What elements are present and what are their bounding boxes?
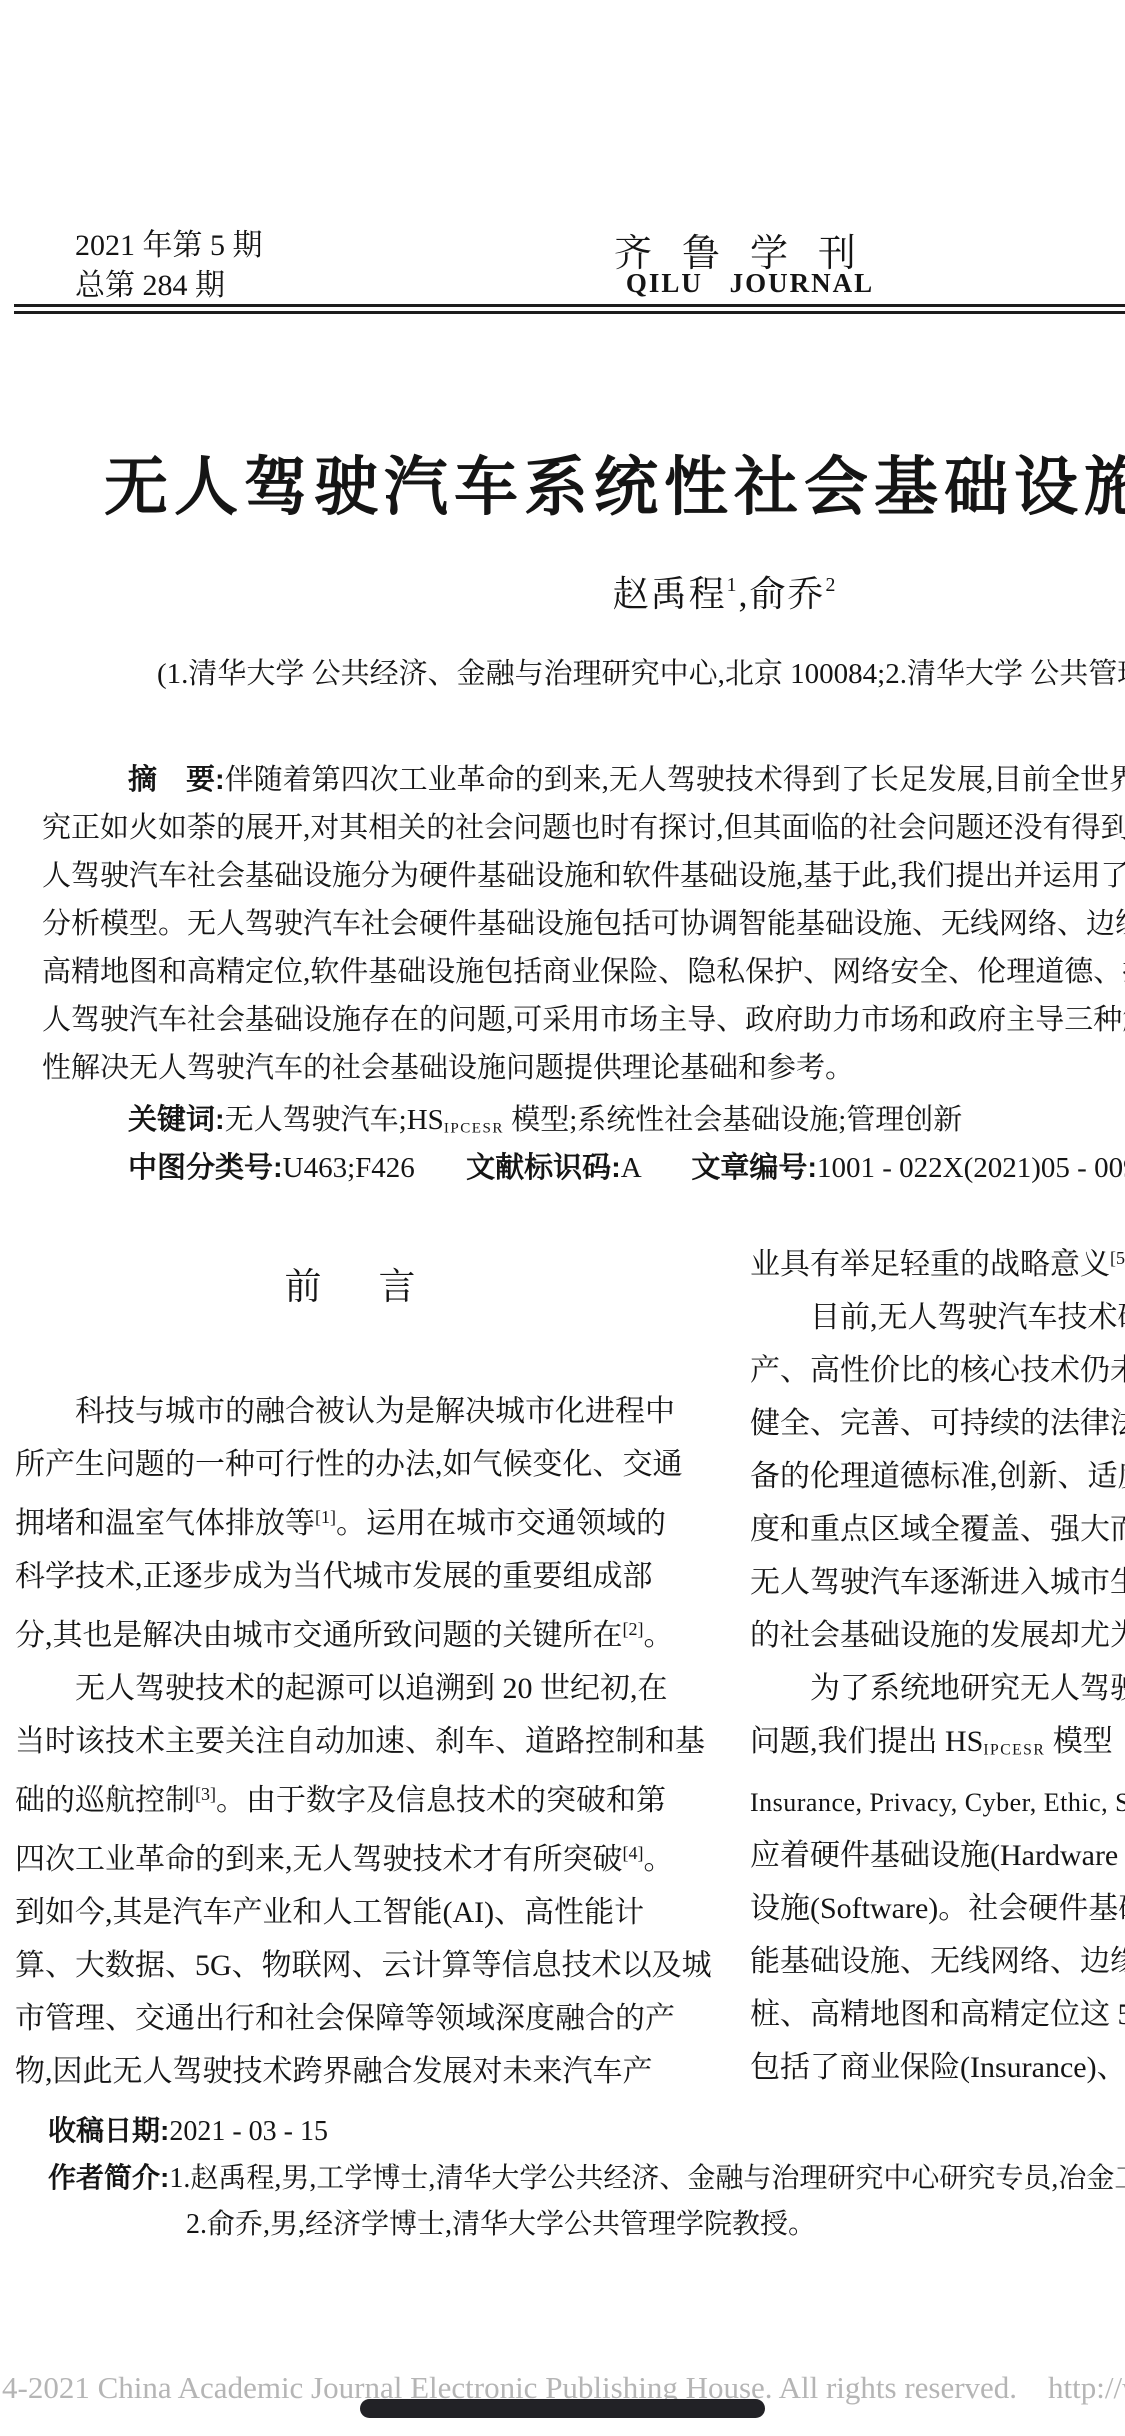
body-line: 无人驾驶汽车逐渐进入城市生 <box>750 1556 1125 1609</box>
body-line-model: 问题,我们提出 HSIPCESR 模型 <box>750 1715 1125 1776</box>
author-bio-line-1: 作者简介:1.赵禹程,男,工学博士,清华大学公共经济、金融与治理研究中心研究专员… <box>48 2155 1125 2202</box>
body-line: 备的伦理道德标准,创新、适度 <box>750 1450 1125 1503</box>
article-id-label: 文章编号: <box>691 1152 817 1184</box>
authors: 赵禹程1,俞乔2 <box>613 566 838 617</box>
abstract-line: 性解决无人驾驶汽车的社会基础设施问题提供理论基础和参考。 <box>42 1044 1125 1092</box>
body-line: 科技与城市的融合被认为是解决城市化进程中 <box>15 1385 712 1438</box>
abstract-line: 摘 要:伴随着第四次工业革命的到来,无人驾驶技术得到了长足发展,目前全世界对无人 <box>42 756 1125 804</box>
model-subscript: IPCESR <box>444 1120 504 1136</box>
body-line: 应着硬件基础设施(Hardware <box>750 1829 1125 1882</box>
body-line: 健全、完善、可持续的法律法规 <box>750 1397 1125 1450</box>
home-indicator[interactable] <box>360 2399 765 2418</box>
author-2: 俞乔 <box>750 574 826 614</box>
received-label: 收稿日期: <box>48 2115 169 2146</box>
body-line: 所产生问题的一种可行性的办法,如气候变化、交通 <box>15 1438 712 1491</box>
affiliation: (1.清华大学 公共经济、金融与治理研究中心,北京 100084;2.清华大学 … <box>157 651 1125 692</box>
author-2-affil-mark: 2 <box>826 574 838 596</box>
body-line: 产、高性价比的核心技术仍未成 <box>750 1344 1125 1397</box>
doc-code-label: 文献标识码: <box>466 1152 621 1184</box>
abstract-label: 摘 要: <box>128 764 225 796</box>
author-1-affil-mark: 1 <box>727 574 739 596</box>
footnote-block: 收稿日期:2021 - 03 - 15 作者简介:1.赵禹程,男,工学博士,清华… <box>48 2108 1125 2248</box>
body-line: 算、大数据、5G、物联网、云计算等信息技术以及城 <box>15 1939 712 1992</box>
clc-value: U463;F426 <box>283 1152 415 1184</box>
model-line-post: 模型 <box>1045 1725 1113 1758</box>
abstract-line: 究正如火如荼的展开,对其相关的社会问题也时有探讨,但其面临的社会问题还没有得到系… <box>42 804 1125 852</box>
body-line: 为了系统地研究无人驾驶汽 <box>750 1662 1125 1715</box>
model-subscript: IPCESR <box>983 1741 1045 1758</box>
body-line: 设施(Software)。社会硬件基础 <box>750 1882 1125 1935</box>
document-page: { "header": { "issue_line1": "2021 年第 5 … <box>0 0 1125 2436</box>
body-line: 物,因此无人驾驶技术跨界融合发展对未来汽车产 <box>15 2045 712 2098</box>
right-column: 业具有举足轻重的战略意义[5] 目前,无人驾驶汽车技术研 产、高性价比的核心技术… <box>750 1232 1125 2094</box>
received-value: 2021 - 03 - 15 <box>169 2116 328 2147</box>
abstract: 摘 要:伴随着第四次工业革命的到来,无人驾驶技术得到了长足发展,目前全世界对无人… <box>42 756 1125 1092</box>
clc-label: 中图分类号: <box>128 1152 283 1184</box>
keywords-text-tail: 模型;系统性社会基础设施;管理创新 <box>504 1104 962 1136</box>
doc-code-value: A <box>621 1152 640 1184</box>
body-line-english: Insurance, Privacy, Cyber, Ethic, Stan <box>750 1776 1125 1829</box>
body-line: 业具有举足轻重的战略意义[5] <box>750 1232 1125 1291</box>
author-separator: , <box>739 574 750 614</box>
model-line-pre: 问题,我们提出 HS <box>750 1725 983 1758</box>
body-line: 拥堵和温室气体排放等[1]。运用在城市交通领域的 <box>15 1491 712 1550</box>
body-line: 度和重点区域全覆盖、强大而可 <box>750 1503 1125 1556</box>
body-line: 目前,无人驾驶汽车技术研 <box>750 1291 1125 1344</box>
body-line: 包括了商业保险(Insurance)、隐 <box>750 2041 1125 2094</box>
keywords-text: 无人驾驶汽车;HS <box>225 1104 444 1136</box>
abstract-line: 分析模型。无人驾驶汽车社会硬件基础设施包括可协调智能基础设施、无线网络、边缘数据… <box>42 900 1125 948</box>
bio-text-1: 1.赵禹程,男,工学博士,清华大学公共经济、金融与治理研究中心研究专员,冶金工业… <box>169 2163 1125 2194</box>
body-line: 四次工业革命的到来,无人驾驶技术才有所突破[4]。 <box>15 1827 712 1886</box>
abstract-line: 人驾驶汽车社会基础设施分为硬件基础设施和软件基础设施,基于此,我们提出并运用了无… <box>42 852 1125 900</box>
section-heading-preface: 前 言 <box>15 1256 695 1310</box>
body-line: 的社会基础设施的发展却尤为 <box>750 1609 1125 1662</box>
body-line: 当时该技术主要关注自动加速、刹车、道路控制和基 <box>15 1715 712 1768</box>
body-line: 到如今,其是汽车产业和人工智能(AI)、高性能计 <box>15 1886 712 1939</box>
journal-title-en: QILU JOURNAL <box>0 268 1125 299</box>
body-line: 分,其也是解决由城市交通所致问题的关键所在[2]。 <box>15 1603 712 1662</box>
body-line: 础的巡航控制[3]。由于数字及信息技术的突破和第 <box>15 1768 712 1827</box>
body-line: 桩、高精地图和高精定位这 5 个 <box>750 1988 1125 2041</box>
abstract-text: 伴随着第四次工业革命的到来,无人驾驶技术得到了长足发展,目前全世界对无人 <box>225 764 1125 796</box>
author-bio-line-2: 2.俞乔,男,经济学博士,清华大学公共管理学院教授。 <box>48 2202 1125 2248</box>
article-id-value: 1001 - 022X(2021)05 - 0097 - <box>817 1152 1125 1184</box>
body-line: 能基础设施、无线网络、边缘数据 <box>750 1935 1125 1988</box>
keywords-label: 关键词: <box>128 1104 225 1136</box>
received-date-line: 收稿日期:2021 - 03 - 15 <box>48 2108 1125 2155</box>
bio-label: 作者简介: <box>48 2162 169 2193</box>
article-title: 无人驾驶汽车系统性社会基础设施 <box>104 436 1125 528</box>
author-1: 赵禹程 <box>613 574 727 614</box>
header-rule-bottom <box>14 311 1125 314</box>
body-line: 科学技术,正逐步成为当代城市发展的重要组成部 <box>15 1550 712 1603</box>
header-rule-top <box>14 304 1125 307</box>
abstract-line: 人驾驶汽车社会基础设施存在的问题,可采用市场主导、政府助力市场和政府主导三种解决… <box>42 996 1125 1044</box>
classification-line: 中图分类号:U463;F426 文献标识码:A 文章编号:1001 - 022X… <box>42 1144 1125 1192</box>
left-column: 科技与城市的融合被认为是解决城市化进程中 所产生问题的一种可行性的办法,如气候变… <box>15 1385 712 2098</box>
body-line: 市管理、交通出行和社会保障等领域深度融合的产 <box>15 1992 712 2045</box>
abstract-line: 高精地图和高精定位,软件基础设施包括商业保险、隐私保护、网络安全、伦理道德、技术… <box>42 948 1125 996</box>
body-line: 无人驾驶技术的起源可以追溯到 20 世纪初,在 <box>15 1662 712 1715</box>
